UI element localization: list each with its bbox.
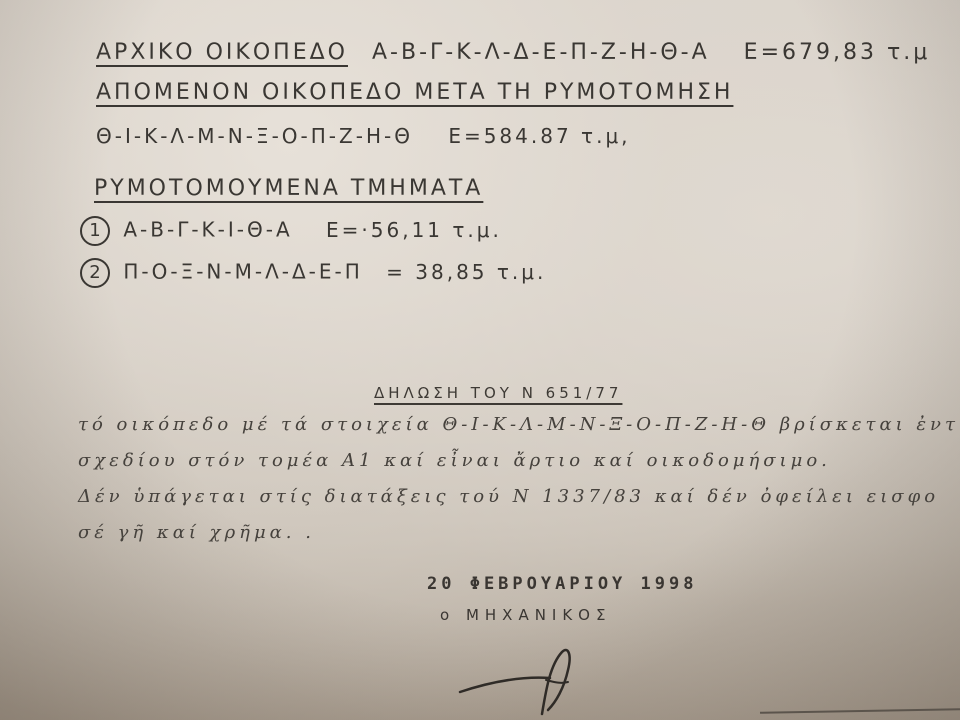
original-plot-line: ΑΡΧΙΚΟ ΟΙΚΟΠΕΔΟ Α-Β-Γ-Κ-Λ-Δ-Ε-Π-Ζ-Η-Θ-Α … bbox=[96, 40, 930, 65]
declaration-line-1: τό οικόπεδο μέ τά στοιχεία Θ-Ι-Κ-Λ-Μ-Ν-Ξ… bbox=[78, 414, 959, 435]
part-2-vertices: Π-Ο-Ξ-Ν-Μ-Λ-Δ-Ε-Π bbox=[123, 260, 362, 284]
expropriated-part-2: 2 Π-Ο-Ξ-Ν-Μ-Λ-Δ-Ε-Π = 38,85 τ.μ. bbox=[80, 258, 546, 288]
declaration-heading: ΔΗΛΩΣΗ ΤΟΥ Ν 651/77 bbox=[374, 384, 622, 402]
expropriated-part-1: 1 Α-Β-Γ-Κ-Ι-Θ-Α Ε=·56,11 τ.μ. bbox=[80, 216, 502, 246]
declaration-line-2: σχεδίου στόν τομέα Α1 καί εἶναι ἄρτιο κα… bbox=[78, 450, 831, 471]
handwritten-signature-icon bbox=[450, 640, 610, 720]
remaining-plot-label: ΑΠΟΜΕΝΟΝ ΟΙΚΟΠΕΔΟ ΜΕΤΑ ΤΗ ΡΥΜΟΤΟΜΗΣΗ bbox=[96, 80, 733, 105]
circled-number-1: 1 bbox=[80, 216, 110, 246]
part-1-vertices: Α-Β-Γ-Κ-Ι-Θ-Α bbox=[123, 218, 292, 242]
remaining-plot-heading: ΑΠΟΜΕΝΟΝ ΟΙΚΟΠΕΔΟ ΜΕΤΑ ΤΗ ΡΥΜΟΤΟΜΗΣΗ bbox=[96, 80, 733, 105]
declaration-line-3: Δέν ὑπάγεται στίς διατάξεις τού Ν 1337/8… bbox=[78, 486, 939, 507]
original-plot-label: ΑΡΧΙΚΟ ΟΙΚΟΠΕΔΟ bbox=[96, 40, 348, 65]
original-plot-vertices: Α-Β-Γ-Κ-Λ-Δ-Ε-Π-Ζ-Η-Θ-Α bbox=[372, 40, 710, 65]
remaining-plot-area: Ε=584.87 τ.μ, bbox=[448, 124, 630, 148]
paper-edge-shadow bbox=[760, 708, 960, 713]
original-plot-area: Ε=679,83 τ.μ bbox=[744, 40, 931, 65]
expropriated-parts-label: ΡΥΜΟΤΟΜΟΥΜΕΝΑ ΤΜΗΜΑΤΑ bbox=[94, 176, 483, 201]
remaining-plot-line: Θ-Ι-Κ-Λ-Μ-Ν-Ξ-Ο-Π-Ζ-Η-Θ Ε=584.87 τ.μ, bbox=[96, 124, 631, 148]
declaration-line-4: σέ γῆ καί χρῆμα. . bbox=[78, 522, 315, 543]
part-1-area: Ε=·56,11 τ.μ. bbox=[326, 218, 502, 242]
signatory-title: ο ΜΗΧΑΝΙΚΟΣ bbox=[440, 606, 611, 624]
document-date: 20 ΦΕΒΡΟΥΑΡΙΟΥ 1998 bbox=[427, 574, 697, 594]
expropriated-parts-heading: ΡΥΜΟΤΟΜΟΥΜΕΝΑ ΤΜΗΜΑΤΑ bbox=[94, 176, 483, 201]
part-2-area: = 38,85 τ.μ. bbox=[386, 260, 546, 284]
circled-number-2: 2 bbox=[80, 258, 110, 288]
remaining-plot-vertices: Θ-Ι-Κ-Λ-Μ-Ν-Ξ-Ο-Π-Ζ-Η-Θ bbox=[96, 124, 413, 148]
